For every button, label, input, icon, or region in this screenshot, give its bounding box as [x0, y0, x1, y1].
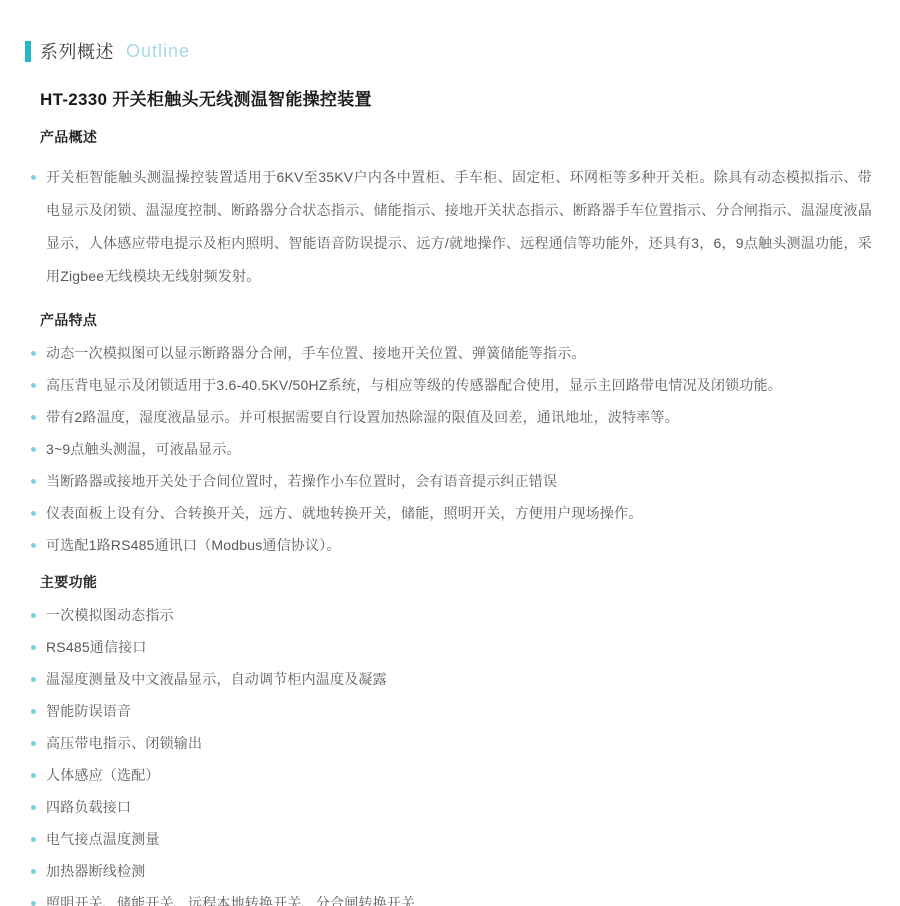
bullet-text: 一次模拟图动态指示 [46, 607, 174, 623]
accent-bar-icon [25, 41, 31, 62]
series-title-zh: 系列概述 [40, 38, 114, 64]
bullet-text: RS485通信接口 [46, 639, 147, 655]
bullet-text: 照明开关、储能开关、远程本地转换开关、分合闸转换开关 [46, 895, 415, 906]
list-item: 3~9点触头测温，可液晶显示。 [31, 440, 872, 459]
bullet-text: 人体感应（选配） [46, 767, 160, 783]
list-item: 高压带电指示、闭锁输出 [31, 734, 872, 753]
bullet-dot-icon [31, 709, 36, 714]
list-item: 可选配1路RS485通讯口（Modbus通信协议）。 [31, 536, 872, 555]
bullet-dot-icon [31, 613, 36, 618]
series-title-en: Outline [126, 41, 190, 62]
bullet-dot-icon [31, 479, 36, 484]
list-item: 人体感应（选配） [31, 766, 872, 785]
section-heading-overview: 产品概述 [40, 127, 872, 147]
bullet-dot-icon [31, 677, 36, 682]
section-heading-features: 产品特点 [40, 310, 872, 330]
section-heading-functions: 主要功能 [40, 572, 872, 592]
overview-list: 开关柜智能触头测温操控装置适用于6KV至35KV户内各中置柜、手车柜、固定柜、环… [31, 161, 872, 293]
list-item: 动态一次模拟图可以显示断路器分合闸，手车位置、接地开关位置、弹簧储能等指示。 [31, 344, 872, 363]
list-item: 智能防误语音 [31, 702, 872, 721]
bullet-dot-icon [31, 901, 36, 906]
list-item: 高压背电显示及闭锁适用于3.6-40.5KV/50HZ系统，与相应等级的传感器配… [31, 376, 872, 395]
list-item: RS485通信接口 [31, 638, 872, 657]
bullet-text: 动态一次模拟图可以显示断路器分合闸，手车位置、接地开关位置、弹簧储能等指示。 [46, 345, 586, 361]
bullet-dot-icon [31, 415, 36, 420]
bullet-text: 仪表面板上设有分、合转换开关，远方、就地转换开关，储能，照明开关，方便用户现场操… [46, 505, 642, 521]
list-item: 开关柜智能触头测温操控装置适用于6KV至35KV户内各中置柜、手车柜、固定柜、环… [31, 161, 872, 293]
functions-list: 一次模拟图动态指示 RS485通信接口 温湿度测量及中文液晶显示，自动调节柜内温… [31, 606, 872, 906]
bullet-text: 四路负载接口 [46, 799, 131, 815]
bullet-dot-icon [31, 837, 36, 842]
features-list: 动态一次模拟图可以显示断路器分合闸，手车位置、接地开关位置、弹簧储能等指示。 高… [31, 344, 872, 555]
list-item: 四路负载接口 [31, 798, 872, 817]
bullet-text: 温湿度测量及中文液晶显示，自动调节柜内温度及凝露 [46, 671, 387, 687]
bullet-text: 3~9点触头测温，可液晶显示。 [46, 441, 241, 457]
bullet-dot-icon [31, 175, 36, 180]
bullet-dot-icon [31, 805, 36, 810]
product-page: 系列概述 Outline HT-2330 开关柜触头无线测温智能操控装置 产品概… [0, 0, 900, 906]
bullet-text: 智能防误语音 [46, 703, 131, 719]
bullet-dot-icon [31, 383, 36, 388]
list-item: 一次模拟图动态指示 [31, 606, 872, 625]
bullet-text: 开关柜智能触头测温操控装置适用于6KV至35KV户内各中置柜、手车柜、固定柜、环… [46, 169, 872, 284]
bullet-dot-icon [31, 645, 36, 650]
bullet-text: 高压背电显示及闭锁适用于3.6-40.5KV/50HZ系统，与相应等级的传感器配… [46, 377, 782, 393]
bullet-text: 加热器断线检测 [46, 863, 145, 879]
bullet-dot-icon [31, 773, 36, 778]
bullet-dot-icon [31, 543, 36, 548]
bullet-dot-icon [31, 511, 36, 516]
list-item: 当断路器或接地开关处于合间位置时，若操作小车位置时，会有语音提示纠正错误 [31, 472, 872, 491]
bullet-text: 带有2路温度，湿度液晶显示。并可根据需要自行设置加热除湿的限值及回差，通讯地址，… [46, 409, 679, 425]
bullet-dot-icon [31, 869, 36, 874]
list-item: 带有2路温度，湿度液晶显示。并可根据需要自行设置加热除湿的限值及回差，通讯地址，… [31, 408, 872, 427]
list-item: 温湿度测量及中文液晶显示，自动调节柜内温度及凝露 [31, 670, 872, 689]
bullet-text: 可选配1路RS485通讯口（Modbus通信协议）。 [46, 537, 341, 553]
bullet-text: 电气接点温度测量 [46, 831, 160, 847]
list-item: 加热器断线检测 [31, 862, 872, 881]
bullet-dot-icon [31, 351, 36, 356]
list-item: 电气接点温度测量 [31, 830, 872, 849]
bullet-dot-icon [31, 447, 36, 452]
series-header: 系列概述 Outline [25, 38, 872, 64]
page-title: HT-2330 开关柜触头无线测温智能操控装置 [40, 85, 872, 110]
list-item: 仪表面板上设有分、合转换开关，远方、就地转换开关，储能，照明开关，方便用户现场操… [31, 504, 872, 523]
bullet-dot-icon [31, 741, 36, 746]
bullet-text: 高压带电指示、闭锁输出 [46, 735, 202, 751]
bullet-text: 当断路器或接地开关处于合间位置时，若操作小车位置时，会有语音提示纠正错误 [46, 473, 557, 489]
list-item: 照明开关、储能开关、远程本地转换开关、分合闸转换开关 [31, 894, 872, 906]
